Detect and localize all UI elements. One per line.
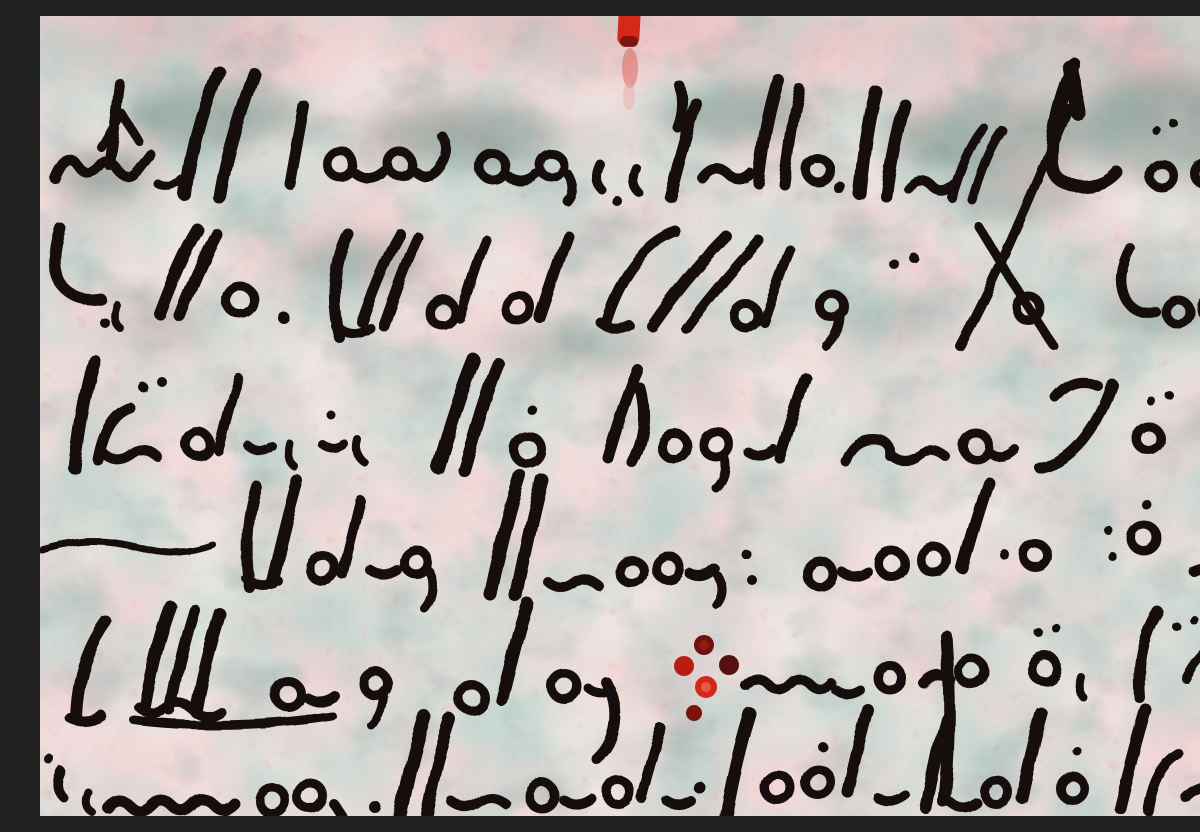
manuscript-photo bbox=[40, 16, 1200, 816]
ink-script bbox=[40, 16, 1200, 816]
script-line-3 bbox=[74, 360, 1200, 488]
script-line-4 bbox=[42, 476, 1200, 608]
margin-filler-dash bbox=[42, 542, 214, 554]
rosette-ornament bbox=[674, 635, 739, 721]
red-ink-mark-top bbox=[617, 16, 641, 110]
